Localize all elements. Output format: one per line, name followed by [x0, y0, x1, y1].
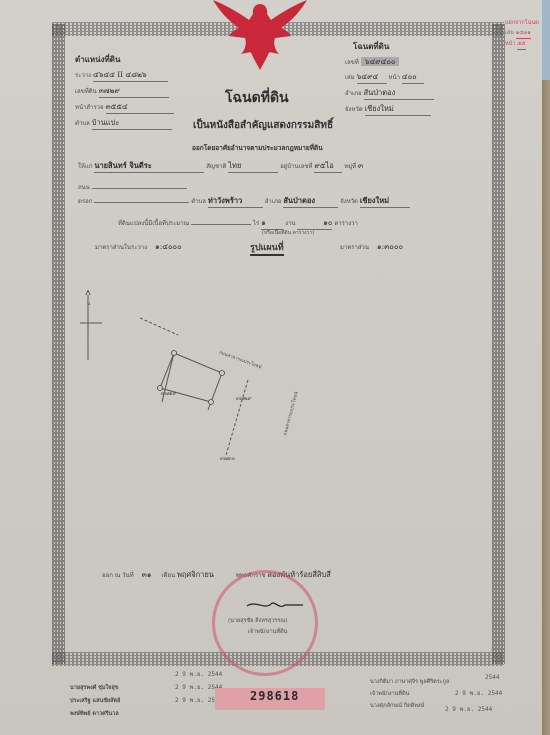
province-label: จังหวัด [340, 198, 358, 205]
footer-date: 2 9 พ.ย. 2544 [175, 668, 222, 681]
area-rai [191, 224, 251, 225]
ornate-border-right [492, 24, 505, 664]
amphoe-label: อำเภอ [265, 198, 282, 205]
neighbor-label-west: ๓๗๑๙ [161, 390, 176, 398]
signatory-title: เจ้าพนักงานที่ดิน [248, 628, 287, 636]
drawing-title: รูปแผนที่ [250, 240, 284, 256]
owner-nationality: ไทย [228, 160, 278, 173]
area-label: ที่ดินแปลงนี้มีเนื้อที่ประมาณ [118, 220, 189, 227]
north-label: น [87, 300, 90, 308]
location-box-title: ตำแหน่งที่ดิน [75, 53, 174, 66]
footer-right-dates: 2544 2 9 พ.ย. 2544 2 9 พ.ย. 2544 [485, 670, 502, 718]
address-row: ตรอก ตำบล ท่าวังพร้าว อำเภอ สันป่าตอง จั… [78, 195, 498, 208]
road-label: ถนน [78, 184, 90, 191]
field-volume: ๖๔๙๔ [357, 71, 387, 84]
drawing-scale-value: ๑:๓๐๐๐ [377, 242, 403, 251]
margin-note-label: หน้า [505, 41, 515, 47]
signatory-name: (นายสุรชัย สิงหรสุวรรณ) [228, 617, 287, 625]
margin-note-label: เล่ม [505, 30, 514, 36]
document-authority: ออกโดยอาศัยอำนาจตามประมวลกฎหมายที่ดิน [192, 143, 323, 153]
issued-month: พฤศจิกายน [177, 570, 214, 579]
owner-name: นายสินทร์ จินดีระ [94, 160, 204, 173]
field-amphoe: สันป่าตอง [364, 87, 434, 100]
field-land-no: ๓๗๒๙ [99, 85, 169, 98]
owner-tambon: ท่าวังพร้าว [208, 195, 263, 208]
road-row: ถนน [78, 182, 488, 192]
field-label: หน้า [389, 74, 400, 81]
footer-name: ประเสริฐ แสนชัยสัตย์ [70, 695, 120, 708]
footer-name: นางกิติมา ภาษาศุจิร พูลศิริตระกูล [370, 676, 449, 688]
owner-amphoe: สันป่าตอง [283, 195, 338, 208]
footer-name: นางศุภลักษณ์ กิตติพงษ์ [370, 700, 449, 712]
wa-label: ตารางวา [334, 220, 358, 227]
tambon-label: ตำบล [191, 198, 206, 205]
footer-name: นายสุรพงศ์ ชุ่มใจสุข [70, 682, 120, 695]
field-ravang: ๔๖๔๔ II ๔๘๒๖ [93, 69, 168, 82]
owner-road [92, 188, 187, 189]
parcel-map [80, 290, 300, 460]
owner-house-no: ๙๕ไอ [314, 160, 342, 173]
field-label: หน้าสำรวจ [75, 104, 104, 111]
serial-number: 298618 [250, 689, 299, 703]
field-label: ระวาง [75, 72, 91, 79]
field-survey-page: ๓๕๕๔ [106, 101, 174, 114]
field-page: ๔๐๐ [402, 71, 424, 84]
issued-day: ๓๑ [142, 570, 152, 579]
footer-name: เจ้าพนักงานที่ดิน [370, 688, 449, 700]
owner-row: ให้แก่ นายสินทร์ จินดีระ สัญชาติ ไทย อยู… [78, 160, 488, 173]
background-corner [542, 0, 550, 80]
owner-moo: ๓ [358, 161, 363, 170]
house-label: อยู่บ้านเลขที่ [280, 163, 312, 170]
margin-note-page: ๕๕ [517, 39, 525, 50]
field-deed-no: ๖๔๙๔๐๐ [361, 57, 400, 66]
footer-right-names: นางกิติมา ภาษาศุจิร พูลศิริตระกูล เจ้าพน… [370, 676, 449, 712]
moo-label: หมู่ที่ [344, 163, 356, 170]
deed-box: โฉนดที่ดิน เลขที่ ๖๔๙๔๐๐ เล่ม ๖๔๙๔ หน้า … [345, 40, 434, 116]
field-label: อำเภอ [345, 90, 362, 97]
garuda-emblem-icon [205, 0, 315, 72]
ornate-border-left [52, 24, 65, 664]
field-label: เลขที่ดิน [75, 88, 97, 95]
footer-date: 2 9 พ.ย. 2544 [455, 686, 502, 702]
field-label: เล่ม [345, 74, 355, 81]
map-scale-label: มาตราส่วนในระวาง [95, 244, 147, 251]
neighbor-label-south: ๓๗๓๐ [220, 455, 235, 463]
field-label: เลขที่ [345, 59, 359, 66]
footer-name: พงษ์ทิพย์ ดาวศรีนวล [70, 708, 120, 721]
soi-label: ตรอก [78, 198, 92, 205]
desk-edge [542, 0, 550, 735]
drawing-scale: มาตราส่วน ๑:๓๐๐๐ [340, 241, 403, 253]
owner-soi [94, 202, 189, 203]
margin-note: แยกจากโฉนด เล่ม ๒๕๓๑ หน้า ๕๕ [505, 18, 539, 50]
field-label: ตำบล [75, 120, 90, 127]
footer-date: 2544 [485, 670, 502, 686]
field-tambon: บ้านแปะ [92, 117, 172, 130]
margin-note-title: แยกจากโฉนด [505, 18, 539, 28]
owner-province: เชียงใหม่ [360, 195, 410, 208]
owner-label: ให้แก่ [78, 163, 92, 170]
area-note: (หรือเนื้อที่ดิน ตารางวา) [262, 229, 314, 237]
signature [245, 598, 305, 612]
drawing-scale-label: มาตราส่วน [340, 244, 369, 251]
month-label: เดือน [161, 572, 175, 579]
map-scale: มาตราส่วนในระวาง ๑:๔๐๐๐ [95, 241, 182, 253]
field-province: เชียงใหม่ [365, 103, 431, 116]
footer-left-names: นายสุรพงศ์ ชุ่มใจสุข ประเสริฐ แสนชัยสัตย… [70, 682, 120, 721]
document-subtitle: เป็นหนังสือสำคัญแสดงกรรมสิทธิ์ [193, 118, 333, 133]
document-title: โฉนดที่ดิน [225, 87, 289, 109]
footer-date: 2 9 พ.ย. 2544 [445, 702, 502, 718]
map-scale-value: ๑:๔๐๐๐ [155, 242, 182, 251]
deed-box-title: โฉนดที่ดิน [353, 40, 434, 53]
parcel-label: ๓๗๒๙ [236, 395, 252, 403]
location-box: ตำแหน่งที่ดิน ระวาง ๔๖๔๔ II ๔๘๒๖ เลขที่ด… [75, 53, 174, 130]
field-label: จังหวัด [345, 106, 363, 113]
ngan-label: งาน [285, 220, 295, 227]
nationality-label: สัญชาติ [206, 163, 226, 170]
issued-label: ออก ณ วันที่ [102, 572, 134, 579]
rai-label: ไร่ [253, 220, 259, 227]
margin-note-volume: ๒๕๓๑ [516, 28, 531, 39]
